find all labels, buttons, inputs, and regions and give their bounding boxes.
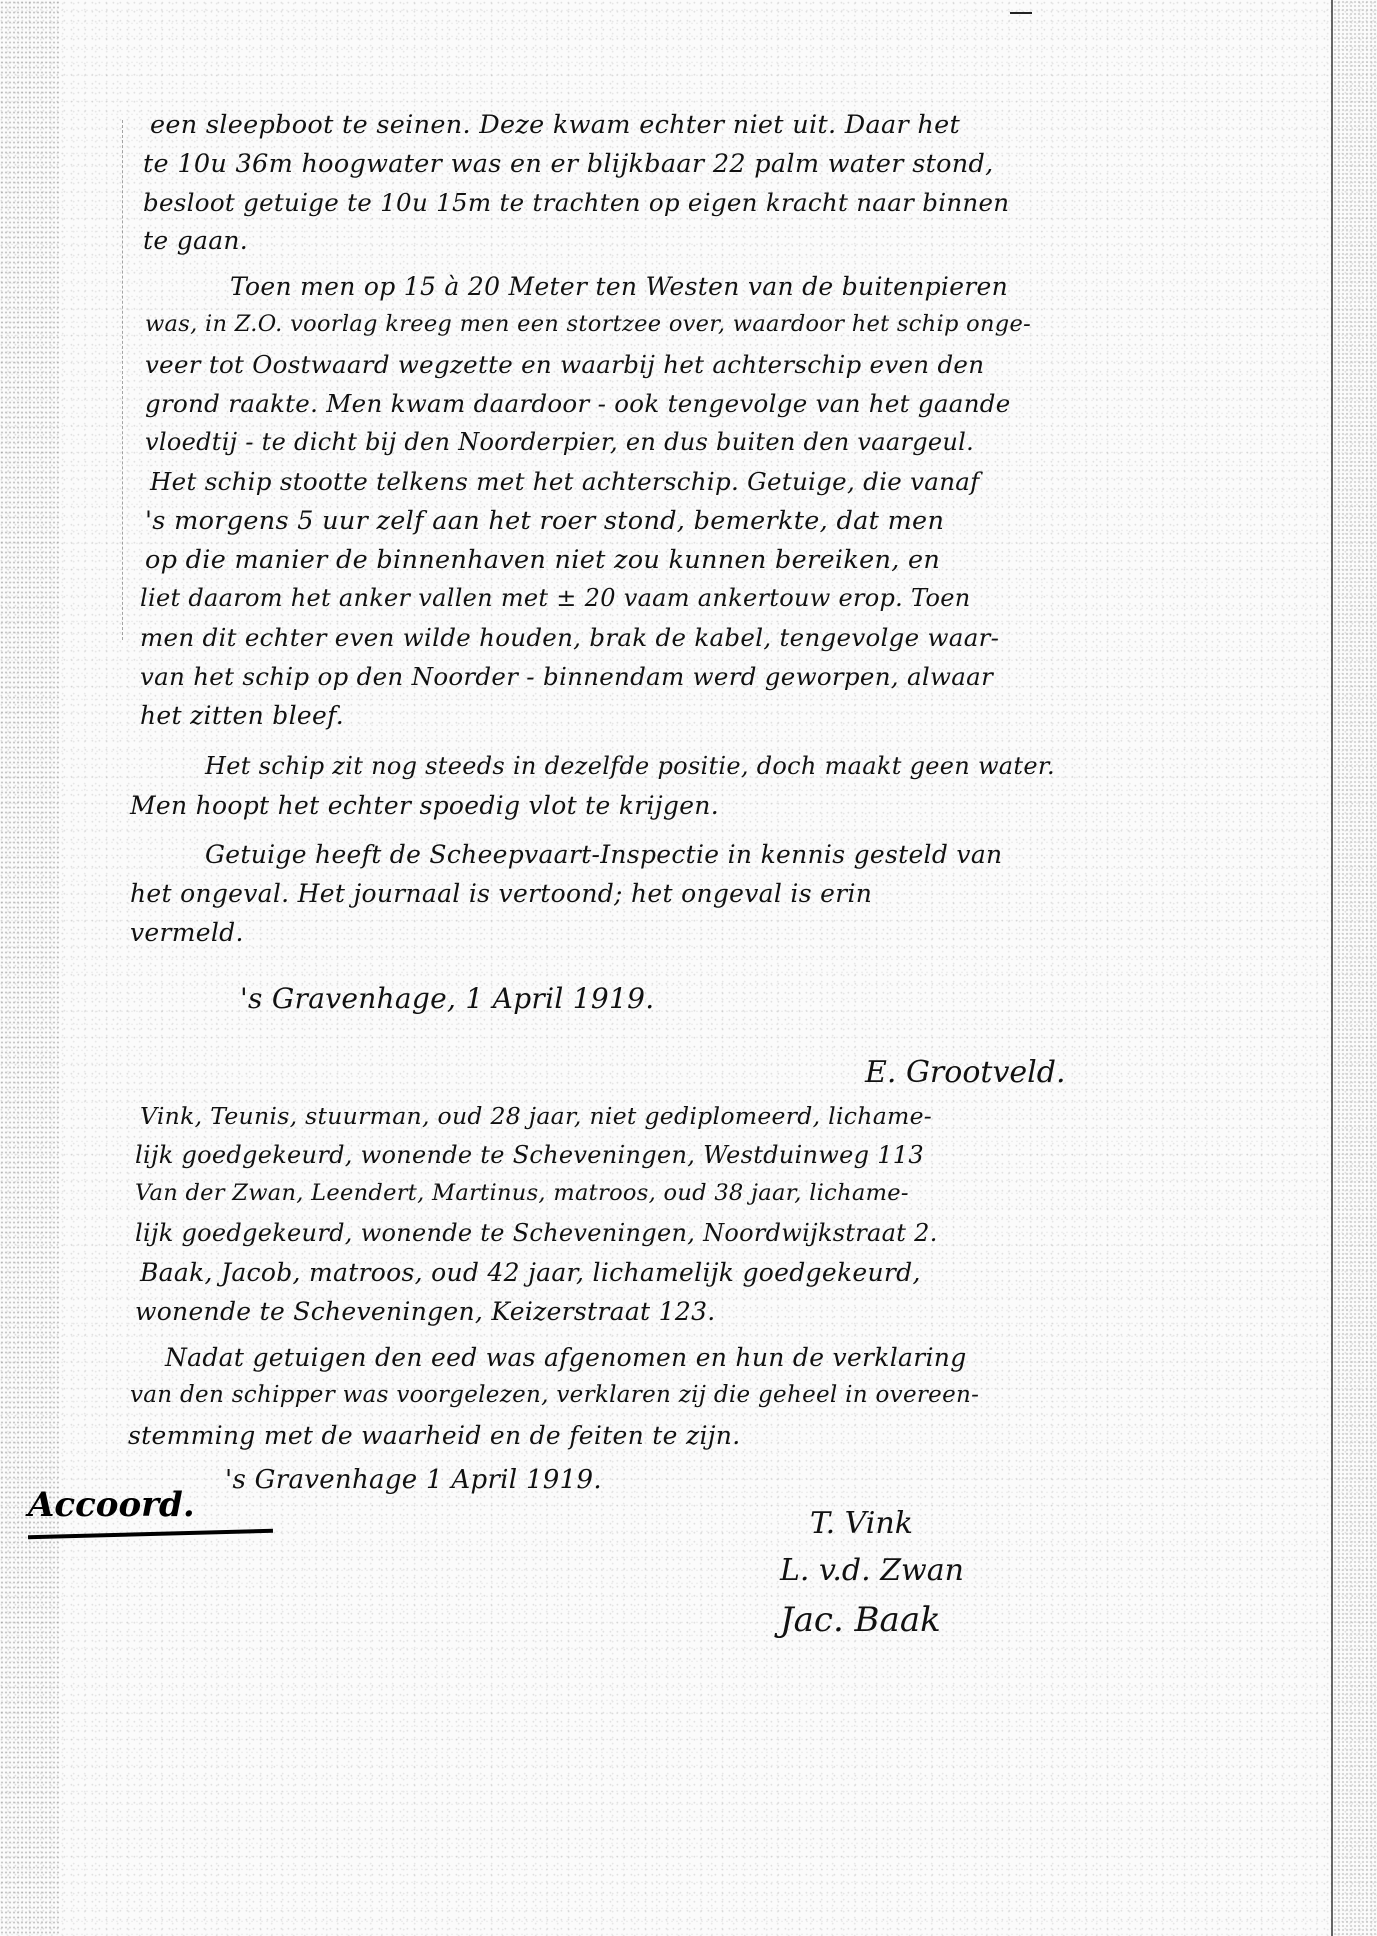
scan-left-edge <box>0 0 60 1936</box>
text-line: Getuige heeft de Scheepvaart-Inspectie i… <box>205 840 1002 869</box>
witness-line: Vink, Teunis, stuurman, oud 28 jaar, nie… <box>140 1102 932 1130</box>
text-line: veer tot Oostwaard wegzette en waarbij h… <box>145 350 984 379</box>
signature-van-der-zwan: L. v.d. Zwan <box>780 1553 964 1588</box>
place-date: 's Gravenhage, 1 April 1919. <box>240 982 654 1015</box>
text-line: van den schipper was voorgelezen, verkla… <box>130 1382 979 1408</box>
text-line: men dit echter even wilde houden, brak d… <box>140 623 999 652</box>
signature-baak: Jac. Baak <box>780 1600 941 1640</box>
text-line: vloedtij - te dicht bij den Noorderpier,… <box>145 428 974 456</box>
text-line: stemming met de waarheid en de feiten te… <box>128 1421 740 1450</box>
text-line: liet daarom het anker vallen met ± 20 va… <box>140 584 970 612</box>
signature-grootveld: E. Grootveld. <box>865 1055 1066 1090</box>
page-right-border <box>1331 0 1333 1936</box>
witness-line: Baak, Jacob, matroos, oud 42 jaar, licha… <box>140 1258 921 1287</box>
text-line: was, in Z.O. voorlag kreeg men een stort… <box>145 311 1031 337</box>
scan-right-edge-shade <box>1333 0 1377 1936</box>
text-line: Men hoopt het echter spoedig vlot te kri… <box>130 791 719 820</box>
text-line: Het schip stootte telkens met het achter… <box>150 467 980 496</box>
text-line: Nadat getuigen den eed was afgenomen en … <box>165 1343 967 1372</box>
accoord-stamp: Accoord. <box>28 1485 195 1525</box>
text-line: Toen men op 15 à 20 Meter ten Westen van… <box>230 272 1008 301</box>
text-line: te 10u 36m hoogwater was en er blijkbaar… <box>143 149 994 179</box>
text-line: een sleepboot te seinen. Deze kwam echte… <box>150 110 960 140</box>
text-line: 's morgens 5 uur zelf aan het roer stond… <box>145 506 944 536</box>
text-line: grond raakte. Men kwam daardoor - ook te… <box>145 389 1011 418</box>
margin-line <box>122 120 124 640</box>
text-line: besloot getuige te 10u 15m te trachten o… <box>143 188 1009 217</box>
top-mark <box>1010 12 1032 14</box>
text-line: het zitten bleef. <box>140 701 344 730</box>
text-line: het ongeval. Het journaal is vertoond; h… <box>130 879 872 908</box>
witness-line: lijk goedgekeurd, wonende te Scheveninge… <box>135 1141 924 1169</box>
witness-line: lijk goedgekeurd, wonende te Scheveninge… <box>135 1219 938 1247</box>
text-line: op die manier de binnenhaven niet zou ku… <box>145 545 940 575</box>
text-line: vermeld. <box>130 918 244 947</box>
witness-line: wonende te Scheveningen, Keizerstraat 12… <box>135 1297 716 1326</box>
signature-vink: T. Vink <box>810 1506 913 1541</box>
text-line: te gaan. <box>143 226 248 255</box>
place-date: 's Gravenhage 1 April 1919. <box>225 1465 602 1495</box>
witness-line: Van der Zwan, Leendert, Martinus, matroo… <box>135 1180 909 1206</box>
text-line: van het schip op den Noorder - binnendam… <box>140 662 993 691</box>
text-line: Het schip zit nog steeds in dezelfde pos… <box>205 752 1055 780</box>
